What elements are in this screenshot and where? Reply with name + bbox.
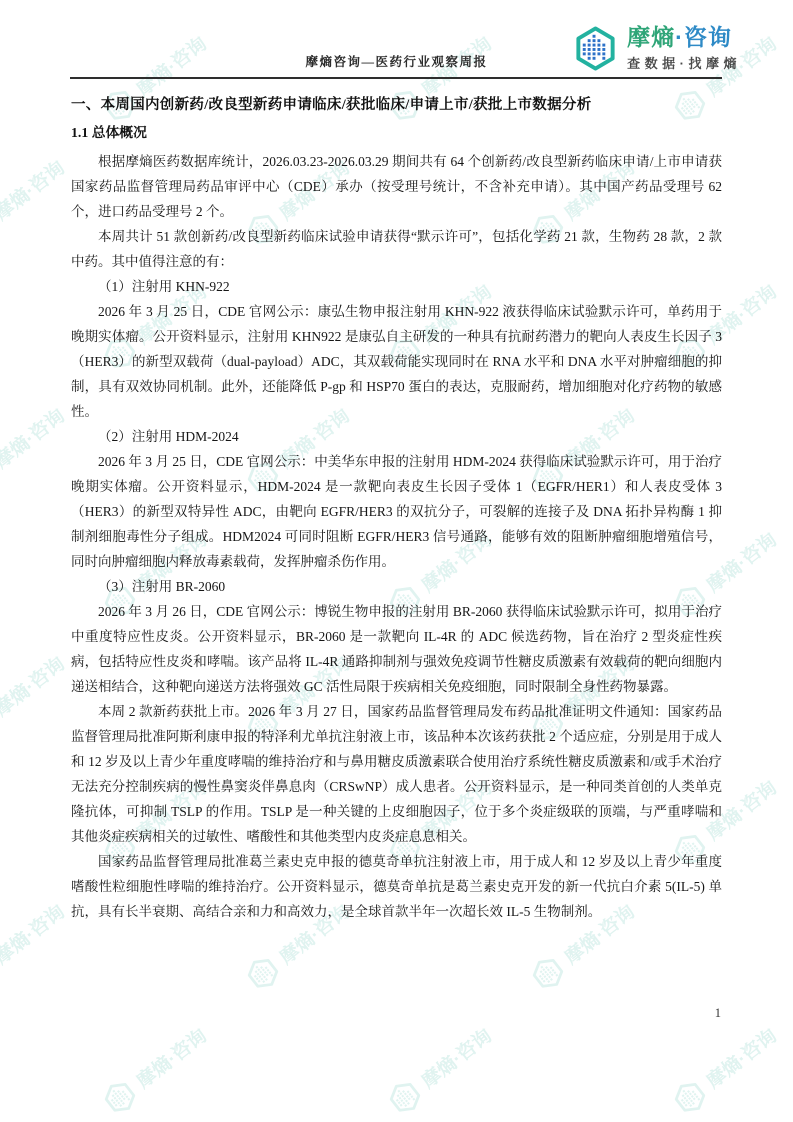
hexagon-logo-icon: [0, 206, 1, 252]
hexagon-logo-icon: [382, 1074, 428, 1120]
brand-tagline: 查数据·找摩熵: [627, 53, 741, 72]
hexagon-bars-logo-icon: [572, 25, 619, 72]
hexagon-logo-icon: [240, 950, 286, 996]
body-paragraph: 本周共计 51 款创新药/改良型新药临床试验申请获得“默示许可”，包括化学药 2…: [71, 224, 722, 274]
subsection-title: 1.1 总体概况: [71, 124, 722, 142]
logo-text-block: 摩熵·咨询 查数据·找摩熵: [627, 25, 741, 71]
section-title: 一、本周国内创新药/改良型新药申请临床/获批临床/申请上市/获批上市数据分析: [71, 96, 722, 115]
watermark-text: 摩熵·咨询: [0, 650, 70, 722]
body-paragraph: 2026 年 3 月 25 日，CDE 官网公示：康弘生物申报注射用 KHN-9…: [71, 299, 722, 424]
hexagon-logo-icon: [525, 950, 571, 996]
body-paragraph: 国家药品监督管理局批准葛兰素史克申报的德莫奇单抗注射液上市，用于成人和 12 岁…: [71, 849, 722, 924]
watermark-text: 摩熵·咨询: [415, 1022, 496, 1094]
hexagon-logo-icon: [0, 454, 1, 500]
body-paragraph: 2026 年 3 月 25 日，CDE 官网公示：中美华东申报的注射用 HDM-…: [71, 449, 722, 574]
watermark: 摩熵·咨询: [0, 895, 72, 996]
watermark-text: 摩熵·咨询: [0, 154, 70, 226]
header-divider: [70, 77, 722, 79]
hexagon-logo-icon: [0, 702, 1, 748]
watermark: 摩熵·咨询: [0, 0, 72, 5]
body-paragraph: （3）注射用 BR-2060: [71, 574, 722, 599]
watermark: 摩熵·咨询: [0, 151, 72, 252]
hexagon-logo-icon: [97, 1074, 143, 1120]
brand-name: 摩熵·咨询: [627, 25, 732, 49]
watermark: 摩熵·咨询: [525, 0, 642, 5]
brand-name-secondary: ·咨询: [675, 24, 732, 50]
watermark: 摩熵·咨询: [97, 1019, 214, 1120]
paragraph-list: 根据摩熵医药数据库统计，2026.03.23-2026.03.29 期间共有 6…: [71, 149, 722, 924]
hexagon-logo-icon: [0, 0, 1, 5]
watermark-text: 摩熵·咨询: [0, 898, 70, 970]
document-page: 摩熵·咨询 摩熵·咨询: [0, 0, 793, 1122]
page-number: 1: [715, 1006, 721, 1021]
company-logo: 摩熵·咨询 查数据·找摩熵: [572, 25, 741, 72]
watermark: 摩熵·咨询: [240, 0, 357, 5]
hexagon-logo-icon: [0, 950, 1, 996]
watermark: 摩熵·咨询: [667, 1019, 784, 1120]
brand-name-primary: 摩熵: [627, 24, 675, 50]
body-paragraph: （1）注射用 KHN-922: [71, 274, 722, 299]
body-paragraph: 2026 年 3 月 26 日，CDE 官网公示：博锐生物申报的注射用 BR-2…: [71, 599, 722, 699]
document-body: 一、本周国内创新药/改良型新药申请临床/获批临床/申请上市/获批上市数据分析 1…: [71, 96, 722, 924]
hexagon-logo-icon: [667, 1074, 713, 1120]
watermark: 摩熵·咨询: [0, 399, 72, 500]
body-paragraph: 根据摩熵医药数据库统计，2026.03.23-2026.03.29 期间共有 6…: [71, 149, 722, 224]
body-paragraph: （2）注射用 HDM-2024: [71, 424, 722, 449]
watermark-text: 摩熵·咨询: [130, 1022, 211, 1094]
hexagon-logo-icon: [525, 0, 571, 5]
hexagon-logo-icon: [240, 0, 286, 5]
watermark: 摩熵·咨询: [382, 1019, 499, 1120]
body-paragraph: 本周 2 款新药获批上市。2026 年 3 月 27 日，国家药品监督管理局发布…: [71, 699, 722, 849]
watermark-text: 摩熵·咨询: [700, 1022, 781, 1094]
watermark-text: 摩熵·咨询: [0, 402, 70, 474]
watermark: 摩熵·咨询: [0, 647, 72, 748]
